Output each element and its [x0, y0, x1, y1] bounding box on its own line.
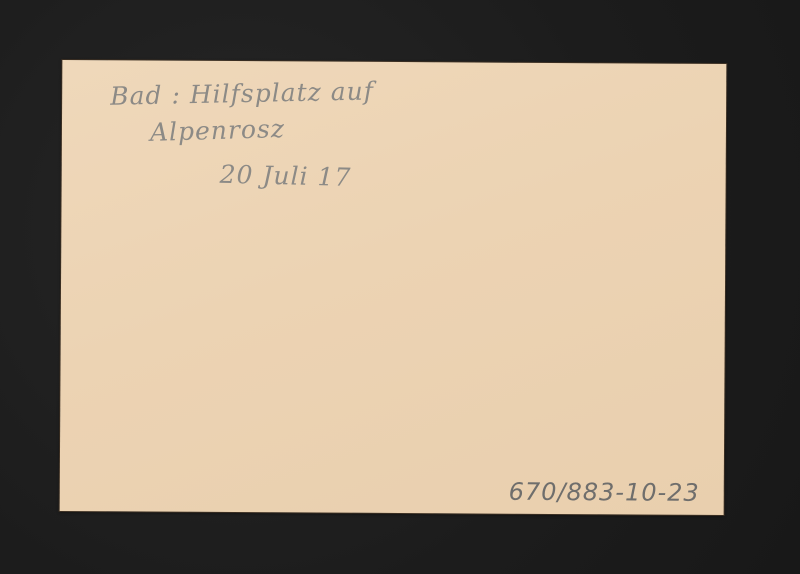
handwritten-date: 20 Juli 17 — [219, 160, 351, 192]
handwritten-line-2: Alpenrosz — [150, 114, 286, 147]
handwritten-line-1: Bad : Hilfsplatz auf — [110, 76, 374, 110]
card: Bad : Hilfsplatz auf Alpenrosz 20 Juli 1… — [60, 60, 727, 515]
archive-number: 670/883-10-23 — [509, 478, 700, 507]
